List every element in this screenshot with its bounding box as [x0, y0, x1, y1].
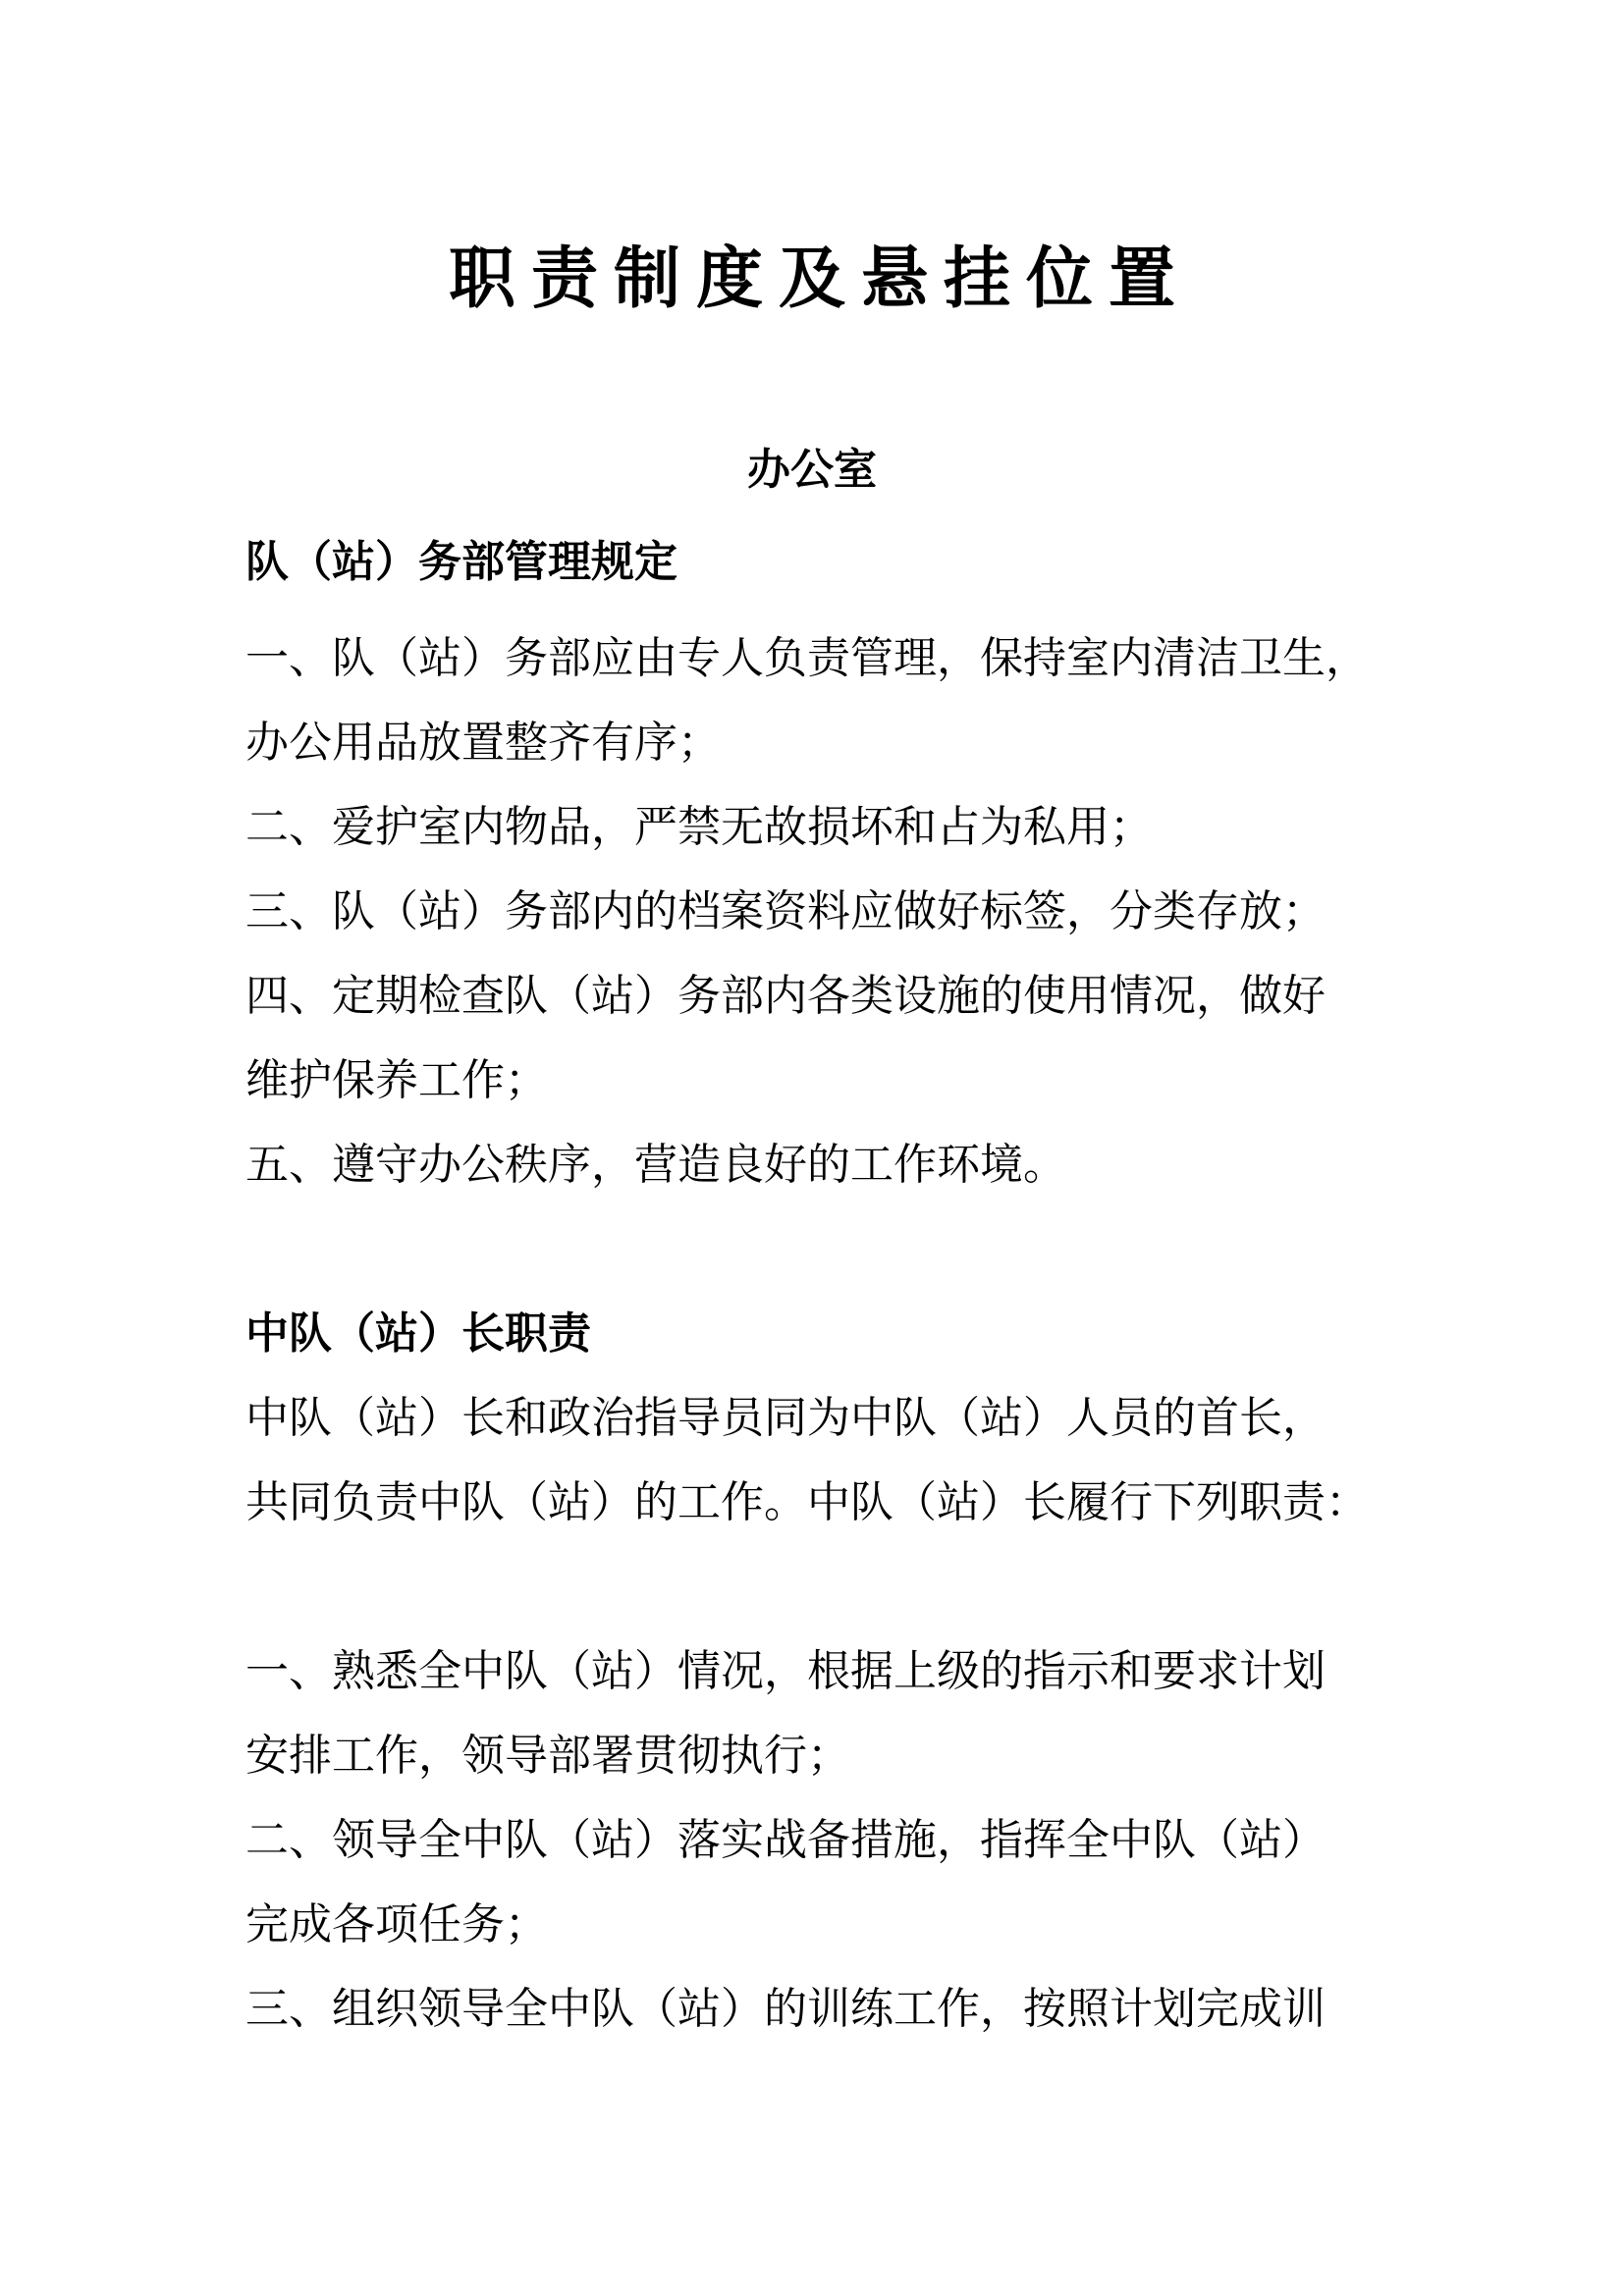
paragraph-line: 五、遵守办公秩序，营造良好的工作环境。 — [245, 1123, 1379, 1207]
document-page: 职责制度及悬挂位置 办公室 队（站）务部管理规定 一、队（站）务部应由专人负责管… — [0, 0, 1624, 2296]
paragraph-line: 办公用品放置整齐有序； — [245, 701, 1379, 785]
document-title: 职责制度及悬挂位置 — [245, 240, 1379, 318]
paragraph-line: 四、定期检查队（站）务部内各类设施的使用情况，做好 — [245, 954, 1379, 1039]
paragraph-line: 一、熟悉全中队（站）情况，根据上级的指示和要求计划 — [245, 1629, 1379, 1714]
paragraph-line: 完成各项任务； — [245, 1883, 1379, 1967]
paragraph-line: 安排工作，领导部署贯彻执行； — [245, 1714, 1379, 1798]
department-heading: 办公室 — [245, 428, 1379, 512]
section-heading: 队（站）务部管理规定 — [245, 520, 1379, 605]
paragraph-line: 共同负责中队（站）的工作。中队（站）长履行下列职责： — [245, 1461, 1379, 1545]
paragraph-line: 三、组织领导全中队（站）的训练工作，按照计划完成训 — [245, 1967, 1379, 2052]
blank-line — [245, 1545, 1379, 1629]
paragraph-line: 中队（站）长和政治指导员同为中队（站）人员的首长， — [245, 1376, 1379, 1461]
section-squad-leader-duties: 中队（站）长职责 中队（站）长和政治指导员同为中队（站）人员的首长， 共同负责中… — [245, 1292, 1379, 2052]
section-heading: 中队（站）长职责 — [245, 1292, 1379, 1376]
blank-line — [245, 1207, 1379, 1292]
paragraph-line: 一、队（站）务部应由专人负责管理，保持室内清洁卫生， — [245, 616, 1379, 701]
paragraph-line: 二、爱护室内物品，严禁无故损坏和占为私用； — [245, 785, 1379, 870]
section-duty-room-rules: 队（站）务部管理规定 一、队（站）务部应由专人负责管理，保持室内清洁卫生， 办公… — [245, 520, 1379, 1207]
paragraph-line: 维护保养工作； — [245, 1039, 1379, 1123]
paragraph-line: 三、队（站）务部内的档案资料应做好标签，分类存放； — [245, 870, 1379, 954]
paragraph-line: 二、领导全中队（站）落实战备措施，指挥全中队（站） — [245, 1798, 1379, 1883]
